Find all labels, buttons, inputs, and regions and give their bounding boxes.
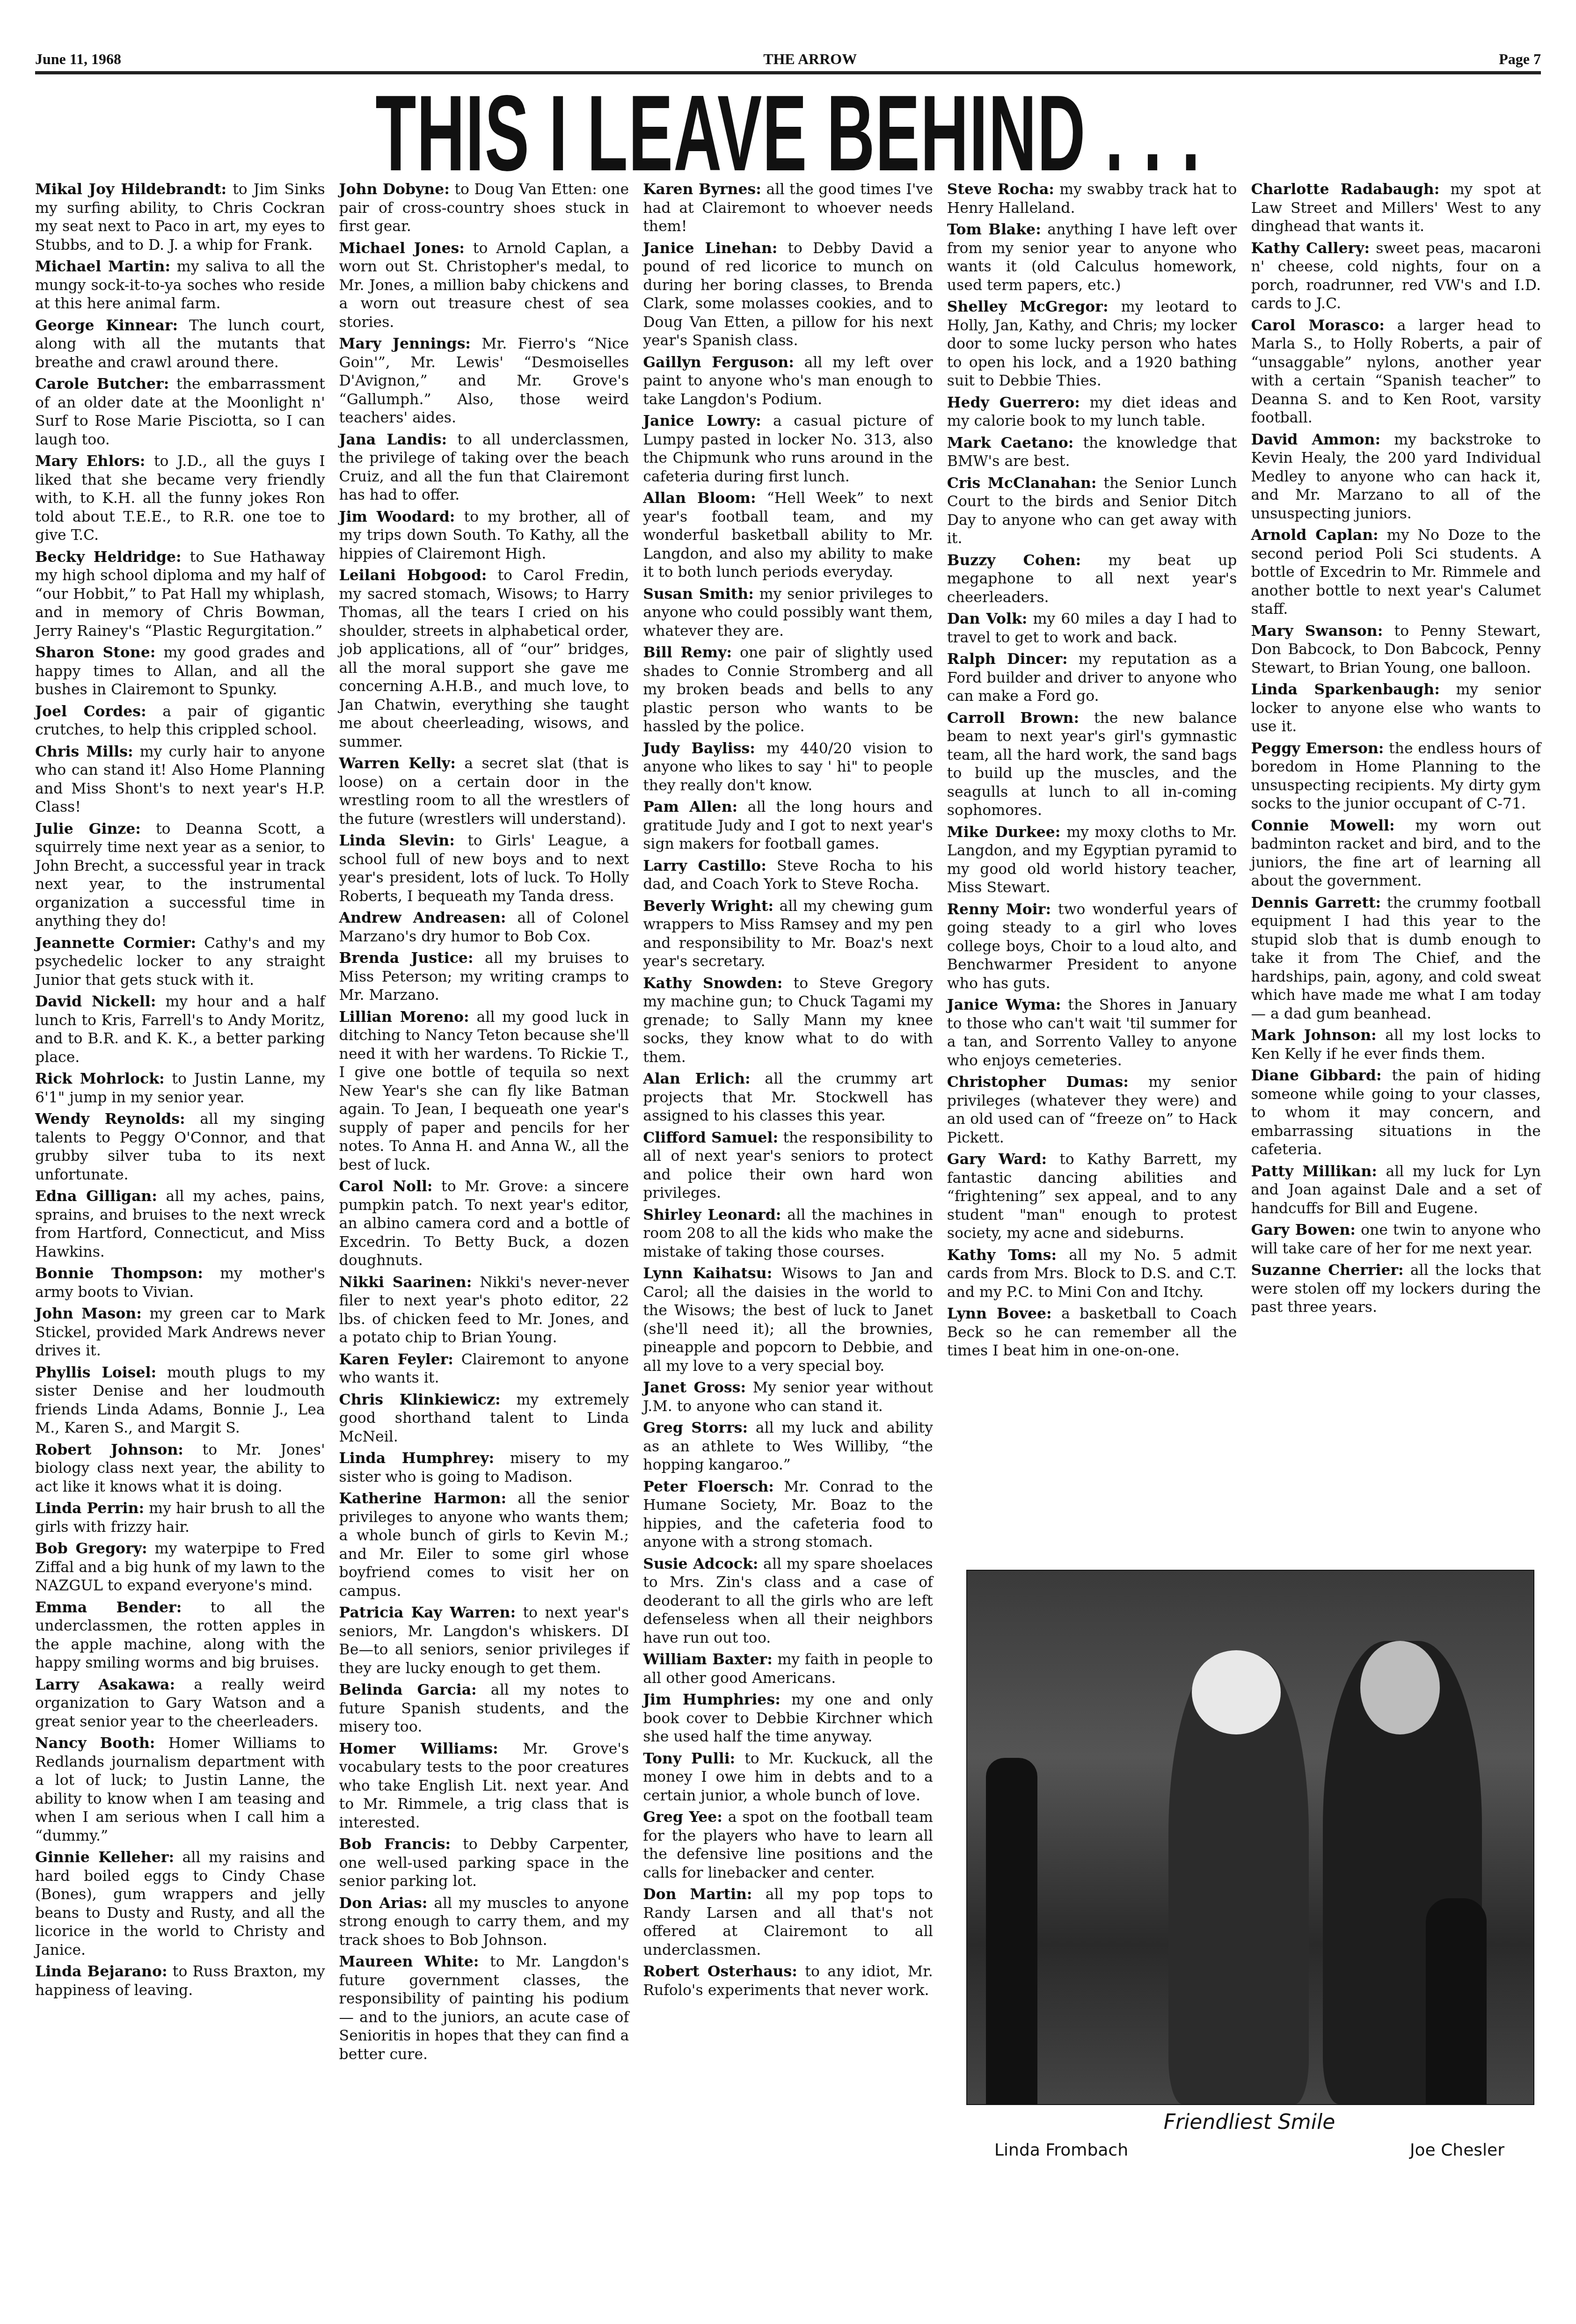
bequest-entry: Clifford Samuel: the responsibility to a… <box>643 1129 933 1203</box>
bequest-entry: Julie Ginze: to Deanna Scott, a squirrel… <box>35 820 325 931</box>
senior-name: Ralph Dincer: <box>947 650 1068 668</box>
bequest-entry: Bob Francis: to Debby Carpenter, one wel… <box>339 1835 629 1891</box>
senior-name: David Nickell: <box>35 993 156 1010</box>
bequest-entry: Phyllis Loisel: mouth plugs to my sister… <box>35 1363 325 1438</box>
headline: THIS I LEAVE BEHIND . . . <box>299 82 1277 185</box>
bequest-entry: Don Martin: all my pop tops to Randy Lar… <box>643 1885 933 1960</box>
senior-name: Don Martin: <box>643 1886 752 1903</box>
bequest-entry: Kathy Snowden: to Steve Gregory my machi… <box>643 974 933 1067</box>
senior-name: Chris Mills: <box>35 743 133 760</box>
senior-name: Michael Martin: <box>35 258 170 275</box>
senior-name: Chris Klinkiewicz: <box>339 1391 501 1408</box>
photo-name-left: Linda Frombach <box>994 2141 1128 2160</box>
senior-name: Karen Feyler: <box>339 1351 453 1368</box>
bequest-entry: Jim Humphries: my one and only book cove… <box>643 1690 933 1747</box>
bequest-entry: Hedy Guerrero: my diet ideas and my calo… <box>947 393 1237 431</box>
bequest-entry: Robert Johnson: to Mr. Jones' biology cl… <box>35 1441 325 1497</box>
senior-name: Warren Kelly: <box>339 755 456 772</box>
bequest-entry: Katherine Harmon: all the senior privile… <box>339 1489 629 1601</box>
bequest-text: all my good luck in ditching to Nancy Te… <box>339 1009 629 1173</box>
senior-name: Larry Asakawa: <box>35 1676 175 1693</box>
senior-name: Alan Erlich: <box>643 1070 751 1087</box>
senior-name: Lynn Bovee: <box>947 1305 1052 1322</box>
senior-name: Pam Allen: <box>643 798 737 816</box>
senior-name: Mary Jennings: <box>339 335 471 352</box>
bequest-entry: Jana Landis: to all underclassmen, the p… <box>339 430 629 505</box>
senior-name: Larry Castillo: <box>643 857 766 874</box>
senior-name: Bob Gregory: <box>35 1540 147 1557</box>
bequest-entry: Charlotte Radabaugh: my spot at Law Stre… <box>1251 180 1541 236</box>
senior-name: Katherine Harmon: <box>339 1490 507 1507</box>
bequest-entry: Larry Asakawa: a really weird organizati… <box>35 1676 325 1732</box>
senior-name: Michael Jones: <box>339 240 465 257</box>
bequest-entry: Chris Klinkiewicz: my extremely good sho… <box>339 1391 629 1447</box>
bequest-entry: Peter Floersch: Mr. Conrad to the Humane… <box>643 1478 933 1552</box>
masthead: June 11, 1968 THE ARROW Page 7 <box>35 44 1541 68</box>
senior-name: Belinda Garcia: <box>339 1681 477 1698</box>
bequest-entry: Kathy Toms: all my No. 5 admit cards fro… <box>947 1246 1237 1302</box>
bequest-entry: David Nickell: my hour and a half lunch … <box>35 992 325 1067</box>
senior-name: Patricia Kay Warren: <box>339 1604 516 1621</box>
bequest-entry: Linda Bejarano: to Russ Braxton, my happ… <box>35 1962 325 2000</box>
senior-name: Mary Ehlors: <box>35 452 145 470</box>
senior-name: Janet Gross: <box>643 1379 746 1396</box>
bequest-entry: Jeannette Cormier: Cathy's and my psyche… <box>35 934 325 990</box>
bequest-entry: Nancy Booth: Homer Williams to Redlands … <box>35 1734 325 1845</box>
senior-name: John Dobyne: <box>339 181 450 198</box>
bequest-entry: Bonnie Thompson: my mother's army boots … <box>35 1264 325 1302</box>
bequest-entry: Emma Bender: to all the underclassmen, t… <box>35 1598 325 1673</box>
senior-name: Don Arias: <box>339 1894 428 1912</box>
senior-name: Kathy Snowden: <box>643 975 782 992</box>
senior-name: Karen Byrnes: <box>643 181 761 198</box>
bequest-entry: Janice Wyma: the Shores in January to th… <box>947 996 1237 1070</box>
bequest-entry: Janice Linehan: to Debby David a pound o… <box>643 239 933 350</box>
senior-name: Jim Woodard: <box>339 508 455 525</box>
bequest-entry: Shelley McGregor: my leotard to Holly, J… <box>947 298 1237 391</box>
senior-name: Nikki Saarinen: <box>339 1274 472 1291</box>
senior-name: Linda Bejarano: <box>35 1963 168 1980</box>
senior-name: Brenda Justice: <box>339 949 474 967</box>
page-number: Page 7 <box>1499 51 1541 68</box>
senior-name: Peter Floersch: <box>643 1478 774 1495</box>
senior-name: Peggy Emerson: <box>1251 740 1384 757</box>
bequest-entry: Bob Gregory: my waterpipe to Fred Ziffal… <box>35 1539 325 1595</box>
bequest-entry: Jim Woodard: to my brother, all of my tr… <box>339 508 629 564</box>
senior-name: Andrew Andreasen: <box>339 909 506 926</box>
senior-name: Tom Blake: <box>947 221 1041 238</box>
senior-name: Diane Gibbard: <box>1251 1067 1381 1084</box>
bequest-entry: Gary Ward: to Kathy Barrett, my fantasti… <box>947 1150 1237 1243</box>
senior-name: Carol Noll: <box>339 1178 433 1195</box>
bequest-entry: Don Arias: all my muscles to anyone stro… <box>339 1894 629 1950</box>
issue-date: June 11, 1968 <box>35 51 121 68</box>
senior-name: Edna Gilligan: <box>35 1187 157 1205</box>
senior-name: Robert Osterhaus: <box>643 1963 797 1980</box>
senior-name: Carole Butcher: <box>35 375 169 393</box>
bequest-entry: Diane Gibbard: the pain of hiding someon… <box>1251 1066 1541 1159</box>
bequest-entry: John Dobyne: to Doug Van Etten: one pair… <box>339 180 629 236</box>
bequest-entry: Karen Feyler: Clairemont to anyone who w… <box>339 1350 629 1388</box>
bequest-entry: Wendy Reynolds: all my singing talents t… <box>35 1110 325 1184</box>
photo-name-right: Joe Chesler <box>1410 2141 1504 2160</box>
bequest-entry: Michael Jones: to Arnold Caplan, a worn … <box>339 239 629 332</box>
bequest-text: the crummy football equipment I had this… <box>1251 895 1541 1022</box>
senior-name: Mike Durkee: <box>947 823 1061 841</box>
bequest-entry: Carole Butcher: the embarrassment of an … <box>35 375 325 449</box>
bequest-entry: Becky Heldridge: to Sue Hathaway my high… <box>35 548 325 641</box>
bequest-entry: Lynn Bovee: a basketball to Coach Beck s… <box>947 1304 1237 1361</box>
senior-name: Buzzy Cohen: <box>947 552 1081 569</box>
bequest-entry: Shirley Leonard: all the machines in roo… <box>643 1206 933 1262</box>
senior-name: Christopher Dumas: <box>947 1073 1129 1091</box>
column-3: Karen Byrnes: all the good times I've ha… <box>643 180 933 2067</box>
bequest-entry: Greg Storrs: all my luck and ability as … <box>643 1419 933 1475</box>
bequest-entry: Judy Bayliss: my 440/20 vision to anyone… <box>643 739 933 795</box>
bequest-entry: Homer Williams: Mr. Grove's vocabulary t… <box>339 1740 629 1833</box>
senior-name: Maureen White: <box>339 1953 479 1970</box>
bequest-entry: Brenda Justice: all my bruises to Miss P… <box>339 949 629 1005</box>
senior-name: Jana Landis: <box>339 431 447 448</box>
senior-name: Patty Millikan: <box>1251 1163 1377 1180</box>
bequest-entry: Janice Lowry: a casual picture of Lumpy … <box>643 412 933 486</box>
senior-name: David Ammon: <box>1251 431 1380 448</box>
bequest-entry: Janet Gross: My senior year without J.M.… <box>643 1378 933 1416</box>
bequest-entry: Ginnie Kelleher: all my raisins and hard… <box>35 1848 325 1960</box>
bequest-entry: Rick Mohrlock: to Justin Lanne, my 6'1" … <box>35 1070 325 1107</box>
bequest-entry: Mikal Joy Hildebrandt: to Jim Sinks my s… <box>35 180 325 255</box>
senior-name: Susie Adcock: <box>643 1555 758 1573</box>
bequest-entry: John Mason: my green car to Mark Stickel… <box>35 1304 325 1361</box>
senior-name: Jeannette Cormier: <box>35 934 196 952</box>
bequest-entry: Cris McClanahan: the Senior Lunch Court … <box>947 474 1237 548</box>
bequest-entry: Andrew Andreasen: all of Colonel Marzano… <box>339 909 629 946</box>
senior-name: Tony Pulli: <box>643 1750 735 1767</box>
senior-name: Sharon Stone: <box>35 644 155 661</box>
bequest-text: to Carol Fredin, my sacred stomach, Wiso… <box>339 567 629 750</box>
friendliest-smile-photo <box>966 1570 1534 2105</box>
senior-name: Phyllis Loisel: <box>35 1364 156 1381</box>
bequest-entry: Leilani Hobgood: to Carol Fredin, my sac… <box>339 566 629 751</box>
bequest-entry: Sharon Stone: my good grades and happy t… <box>35 643 325 699</box>
bequest-entry: Allan Bloom: “Hell Week” to next year's … <box>643 489 933 582</box>
senior-name: Connie Mowell: <box>1251 817 1394 834</box>
bequest-entry: Greg Yee: a spot on the football team fo… <box>643 1808 933 1882</box>
senior-name: Charlotte Radabaugh: <box>1251 181 1439 198</box>
senior-name: Carroll Brown: <box>947 709 1079 727</box>
senior-name: Dennis Garrett: <box>1251 894 1381 911</box>
bequest-entry: Linda Perrin: my hair brush to all the g… <box>35 1499 325 1537</box>
senior-name: Allan Bloom: <box>643 489 756 507</box>
senior-name: Shirley Leonard: <box>643 1206 781 1224</box>
bequest-entry: David Ammon: my backstroke to Kevin Heal… <box>1251 430 1541 524</box>
senior-name: Janice Lowry: <box>643 412 761 430</box>
senior-name: Julie Ginze: <box>35 820 141 838</box>
bequest-entry: Gary Bowen: one twin to anyone who will … <box>1251 1221 1541 1258</box>
senior-name: Leilani Hobgood: <box>339 567 487 584</box>
bequest-entry: Renny Moir: two wonderful years of going… <box>947 900 1237 993</box>
senior-name: Becky Heldridge: <box>35 548 182 566</box>
bequest-entry: Mary Ehlors: to J.D., all the guys I lik… <box>35 452 325 545</box>
bequest-entry: Pam Allen: all the long hours and gratit… <box>643 798 933 854</box>
bequest-entry: Christopher Dumas: my senior privileges … <box>947 1073 1237 1147</box>
bequest-entry: Connie Mowell: my worn out badminton rac… <box>1251 816 1541 891</box>
bequest-entry: Belinda Garcia: all my notes to future S… <box>339 1681 629 1737</box>
senior-name: Janice Linehan: <box>643 240 777 257</box>
senior-name: Ginnie Kelleher: <box>35 1849 174 1866</box>
bequest-entry: Susie Adcock: all my spare shoelaces to … <box>643 1555 933 1648</box>
senior-name: Judy Bayliss: <box>643 740 755 757</box>
bequest-entry: Mark Johnson: all my lost locks to Ken K… <box>1251 1026 1541 1064</box>
bequest-entry: Suzanne Cherrier: all the locks that wer… <box>1251 1261 1541 1317</box>
senior-name: William Baxter: <box>643 1651 773 1668</box>
column-1: Mikal Joy Hildebrandt: to Jim Sinks my s… <box>35 180 325 2067</box>
senior-name: Gary Bowen: <box>1251 1221 1356 1238</box>
senior-name: Joel Cordes: <box>35 703 146 720</box>
bequest-entry: Nikki Saarinen: Nikki's never-never file… <box>339 1273 629 1348</box>
senior-name: Mark Johnson: <box>1251 1027 1376 1044</box>
senior-name: Mikal Joy Hildebrandt: <box>35 181 226 198</box>
senior-name: Rick Mohrlock: <box>35 1070 165 1087</box>
bequest-entry: Maureen White: to Mr. Langdon's future g… <box>339 1952 629 2064</box>
bequest-entry: Joel Cordes: a pair of gigantic crutches… <box>35 702 325 740</box>
bequest-entry: Arnold Caplan: my No Doze to the second … <box>1251 526 1541 619</box>
bequest-entry: William Baxter: my faith in people to al… <box>643 1650 933 1688</box>
bequest-entry: Dan Volk: my 60 miles a day I had to tra… <box>947 610 1237 647</box>
senior-name: Linda Sparkenbaugh: <box>1251 681 1439 698</box>
bequest-entry: Tom Blake: anything I have left over fro… <box>947 220 1237 295</box>
bequest-entry: Beverly Wright: all my chewing gum wrapp… <box>643 897 933 971</box>
bequest-entry: Buzzy Cohen: my beat up megaphone to all… <box>947 551 1237 607</box>
bequest-entry: Mike Durkee: my moxy cloths to Mr. Langd… <box>947 823 1237 897</box>
bequest-entry: Steve Rocha: my swabby track hat to Henr… <box>947 180 1237 218</box>
senior-name: Janice Wyma: <box>947 996 1061 1013</box>
bequest-entry: Tony Pulli: to Mr. Kuckuck, all the mone… <box>643 1749 933 1806</box>
bequest-entry: Patricia Kay Warren: to next year's seni… <box>339 1603 629 1678</box>
senior-name: Greg Yee: <box>643 1808 722 1826</box>
senior-name: Kathy Callery: <box>1251 240 1370 257</box>
photo-figure-woman-hair <box>1192 1650 1281 1734</box>
bequest-entry: Karen Byrnes: all the good times I've ha… <box>643 180 933 236</box>
senior-name: Mary Swanson: <box>1251 622 1383 640</box>
senior-name: Emma Bender: <box>35 1599 182 1616</box>
photo-figure-man-face <box>1360 1641 1440 1734</box>
bequest-entry: Michael Martin: my saliva to all the mun… <box>35 257 325 313</box>
senior-name: Hedy Guerrero: <box>947 394 1080 411</box>
senior-name: Greg Storrs: <box>643 1419 748 1436</box>
bequest-entry: Kathy Callery: sweet peas, macaroni n' c… <box>1251 239 1541 313</box>
bequest-entry: Mary Swanson: to Penny Stewart, Don Babc… <box>1251 622 1541 678</box>
paper-name: THE ARROW <box>763 51 857 68</box>
senior-name: Nancy Booth: <box>35 1734 155 1752</box>
bequest-entry: Chris Mills: my curly hair to anyone who… <box>35 743 325 817</box>
senior-name: Linda Slevin: <box>339 832 455 849</box>
bequest-entry: Dennis Garrett: the crummy football equi… <box>1251 894 1541 1024</box>
bequest-entry: Carroll Brown: the new balance beam to n… <box>947 709 1237 820</box>
senior-name: Bonnie Thompson: <box>35 1265 203 1282</box>
senior-name: Gaillyn Ferguson: <box>643 354 794 371</box>
bequest-entry: Susan Smith: my senior privileges to any… <box>643 585 933 641</box>
senior-name: Linda Perrin: <box>35 1500 144 1517</box>
senior-name: Arnold Caplan: <box>1251 526 1378 544</box>
bequest-entry: Robert Osterhaus: to any idiot, Mr. Rufo… <box>643 1962 933 2000</box>
bequest-entry: Lillian Moreno: all my good luck in ditc… <box>339 1008 629 1175</box>
bequest-entry: Carol Morasco: a larger head to Marla S.… <box>1251 316 1541 428</box>
senior-name: Bill Remy: <box>643 644 732 661</box>
bequest-entry: Linda Slevin: to Girls' League, a school… <box>339 831 629 906</box>
senior-name: Lynn Kaihatsu: <box>643 1265 772 1282</box>
senior-name: Wendy Reynolds: <box>35 1110 185 1128</box>
bequest-entry: George Kinnear: The lunch court, along w… <box>35 316 325 372</box>
senior-name: Clifford Samuel: <box>643 1129 778 1146</box>
photo-post-left <box>986 1758 1037 2104</box>
senior-name: Kathy Toms: <box>947 1246 1057 1264</box>
photo-caption-names: Linda Frombach Joe Chesler <box>966 2141 1532 2160</box>
senior-name: Robert Johnson: <box>35 1441 183 1458</box>
senior-name: Steve Rocha: <box>947 181 1054 198</box>
senior-name: Carol Morasco: <box>1251 317 1384 334</box>
bequest-entry: Linda Sparkenbaugh: my senior locker to … <box>1251 680 1541 736</box>
bequest-entry: Ralph Dincer: my reputation as a Ford bu… <box>947 650 1237 706</box>
senior-name: Mark Caetano: <box>947 434 1074 452</box>
bequest-entry: Gaillyn Ferguson: all my left over paint… <box>643 353 933 409</box>
senior-name: Renny Moir: <box>947 901 1051 918</box>
bequest-entry: Carol Noll: to Mr. Grove: a sincere pump… <box>339 1177 629 1270</box>
bequest-entry: Warren Kelly: a secret slat (that is loo… <box>339 754 629 829</box>
senior-name: John Mason: <box>35 1305 142 1322</box>
senior-name: Dan Volk: <box>947 610 1028 627</box>
senior-name: Shelley McGregor: <box>947 298 1109 315</box>
bequest-entry: Larry Castillo: Steve Rocha to his dad, … <box>643 857 933 894</box>
senior-name: Gary Ward: <box>947 1151 1047 1168</box>
bequest-entry: Edna Gilligan: all my aches, pains, spra… <box>35 1187 325 1261</box>
senior-name: Beverly Wright: <box>643 897 773 915</box>
column-2: John Dobyne: to Doug Van Etten: one pair… <box>339 180 629 2067</box>
photo-caption-title: Friendliest Smile <box>966 2110 1532 2134</box>
senior-name: Jim Humphries: <box>643 1691 781 1708</box>
bequest-entry: Lynn Kaihatsu: Wisows to Jan and Carol; … <box>643 1264 933 1376</box>
senior-name: Bob Francis: <box>339 1836 451 1853</box>
bequest-entry: Peggy Emerson: the endless hours of bore… <box>1251 739 1541 814</box>
bequest-entry: Mark Caetano: the knowledge that BMW's a… <box>947 434 1237 471</box>
photo-post-right <box>1426 1898 1487 2104</box>
bequest-entry: Alan Erlich: all the crummy art projects… <box>643 1070 933 1126</box>
bequest-entry: Linda Humphrey: misery to my sister who … <box>339 1449 629 1486</box>
senior-name: Linda Humphrey: <box>339 1450 495 1467</box>
senior-name: Cris McClanahan: <box>947 474 1097 492</box>
senior-name: Lillian Moreno: <box>339 1008 469 1026</box>
senior-name: Suzanne Cherrier: <box>1251 1261 1403 1279</box>
senior-name: Susan Smith: <box>643 585 754 603</box>
bequest-entry: Mary Jennings: Mr. Fierro's “Nice Goin'”… <box>339 335 629 428</box>
senior-name: Homer Williams: <box>339 1740 498 1757</box>
bequest-entry: Patty Millikan: all my luck for Lyn and … <box>1251 1162 1541 1218</box>
senior-name: George Kinnear: <box>35 317 178 334</box>
bequest-entry: Bill Remy: one pair of slightly used sha… <box>643 643 933 736</box>
